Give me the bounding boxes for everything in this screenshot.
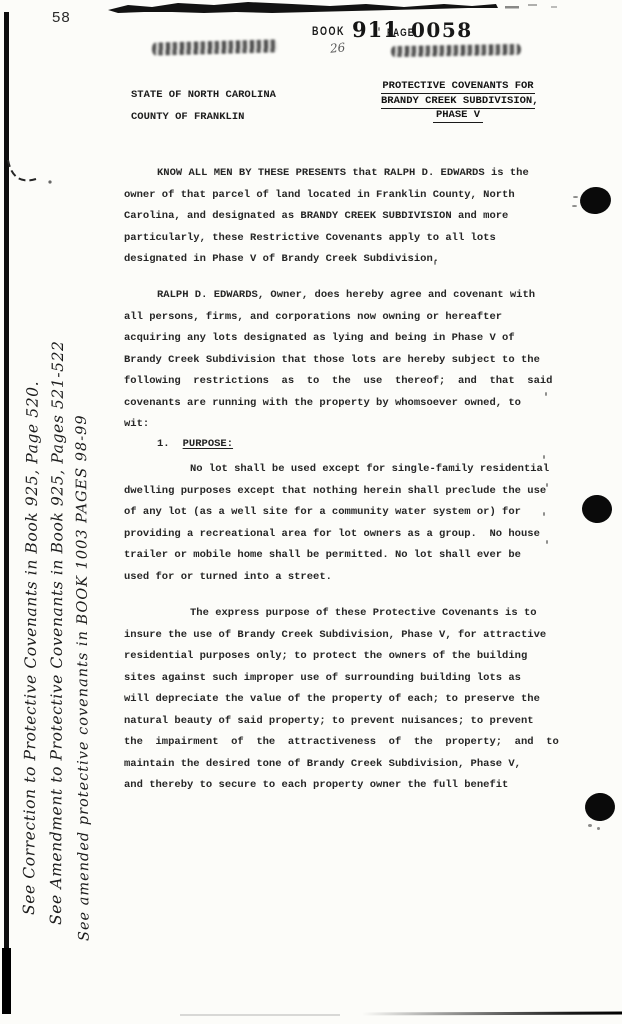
margin-note-correction: See Correction to Protective Covenants i… [16,325,46,945]
hole-punch-dot [578,185,612,216]
body-line: following restrictions as to the use the… [124,371,576,393]
stamp-page-number: 0058 [411,18,473,42]
body-line: providing a recreational area for lot ow… [124,524,576,546]
body-line: The express purpose of these Protective … [124,603,576,625]
hole-punch-dot [584,792,616,823]
body-line: dwelling purposes except that nothing he… [124,481,576,503]
paragraph-express-purpose: The express purpose of these Protective … [124,603,576,797]
paragraph-recitals: KNOW ALL MEN BY THESE PRESENTS that RALP… [124,163,576,271]
margin-note-amendment: See Amendment to Protective Covenants in… [43,325,71,945]
body-line: trailer or mobile home shall be permitte… [124,545,576,567]
body-line: residential purposes only; to protect th… [124,646,576,668]
document-title-line: BRANDY CREEK SUBDIVISION, [381,96,535,109]
body-line: the impairment of the attractiveness of … [124,732,576,754]
page-bottom-edge-line [362,1012,622,1016]
body-line: used for or turned into a street. [124,567,576,589]
stamp-smudge [152,39,278,55]
body-line: will depreciate the value of the propert… [124,689,576,711]
body-line: No lot shall be used except for single-f… [124,459,576,481]
county-line: COUNTY OF FRANKLIN [131,106,276,128]
document-title-line: PROTECTIVE COVENANTS FOR [381,81,535,94]
corner-page-number: 58 [52,9,71,26]
body-line: designated in Phase V of Brandy Creek Su… [124,249,576,271]
body-line: and thereby to secure to each property o… [124,775,576,797]
margin-note-amended-covenants: See amended protective covenants in BOOK… [68,325,97,945]
margin-notes-rotated-block: See Correction to Protective Covenants i… [18,325,96,945]
body-line: sites against such improper use of surro… [124,668,576,690]
body-line: particularly, these Restrictive Covenant… [124,228,576,250]
section-heading-purpose: 1.PURPOSE: [157,438,233,450]
stamp-smudge [391,44,521,57]
scanner-edge-bar [4,12,9,950]
paragraph-purpose-restrictions: No lot shall be used except for single-f… [124,459,576,588]
body-line: natural beauty of said property; to prev… [124,711,576,733]
handwritten-number: 26 [329,40,346,56]
body-line: maintain the desired tone of Brandy Cree… [124,754,576,776]
state-line: STATE OF NORTH CAROLINA [131,84,276,106]
body-line: wit: [124,414,576,436]
ink-speck [588,824,592,827]
document-title: PROTECTIVE COVENANTS FOR BRANDY CREEK SU… [381,81,535,121]
scanned-document-page: 58 BOOK 911 PAGE 0058 26 STATE OF NORTH … [0,0,622,1024]
body-line: all persons, firms, and corporations now… [124,307,576,329]
hole-punch-dot [581,494,613,525]
body-line: RALPH D. EDWARDS, Owner, does hereby agr… [124,285,576,307]
section-title: PURPOSE: [183,438,233,450]
body-line: owner of that parcel of land located in … [124,185,576,207]
section-number: 1. [157,438,170,450]
body-line: acquiring any lots designated as lying a… [124,328,576,350]
body-line: covenants are running with the property … [124,393,576,415]
paragraph-covenant-agreement: RALPH D. EDWARDS, Owner, does hereby agr… [124,285,576,436]
document-title-line: PHASE V [381,110,535,121]
stamp-book-label: BOOK [312,25,345,38]
page-bottom-faint-line [180,1014,340,1016]
handwritten-margin-notes: See Correction to Protective Covenants i… [18,325,96,945]
body-line: of any lot (as a well site for a communi… [124,502,576,524]
body-line: KNOW ALL MEN BY THESE PRESENTS that RALP… [124,163,576,185]
scanner-edge-bar-foot [2,948,11,1014]
ink-speck [597,827,600,830]
jurisdiction-caption: STATE OF NORTH CAROLINA COUNTY OF FRANKL… [131,84,276,128]
phase-label: PHASE V [433,109,483,123]
body-line: Carolina, and designated as BRANDY CREEK… [124,206,576,228]
body-line: Brandy Creek Subdivision that those lots… [124,350,576,372]
body-line: insure the use of Brandy Creek Subdivisi… [124,625,576,647]
